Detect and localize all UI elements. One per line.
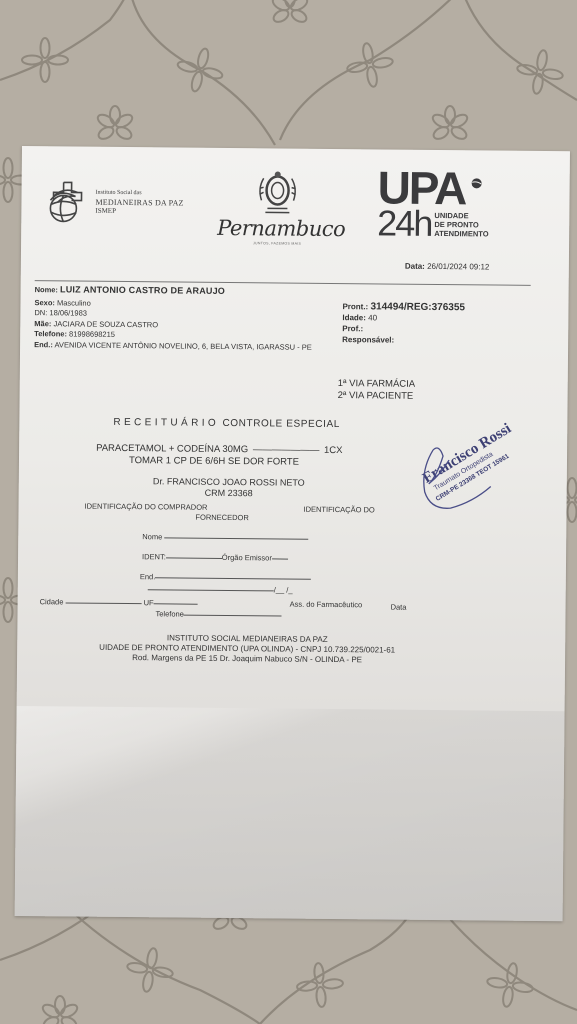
pharmacist-label: Ass. do Farmacêutico (290, 600, 363, 610)
ismep-subtitle: Instituto Social das (96, 188, 184, 198)
supplier-section-title: IDENTIFICAÇÃO DO (303, 505, 374, 515)
prescription-title: RECEITUÁRIO CONTROLE ESPECIAL (113, 417, 340, 430)
supplier-section-title-2: FORNECEDOR (195, 513, 248, 523)
issuer-line (272, 558, 288, 559)
buyer-name-field[interactable]: Nome (142, 532, 308, 543)
ident-label: IDENT: (142, 552, 166, 561)
patient-dob: 18/06/1983 (49, 308, 87, 317)
state-label: UF (144, 598, 154, 607)
patient-address: AVENIDA VICENTE ANTÔNIO NOVELINO, 6, BEL… (54, 340, 311, 351)
buyer-name-label: Nome (142, 532, 162, 541)
buyer-phone-line (184, 614, 282, 616)
buyer-phone-label: Telefone (155, 609, 183, 618)
upa-label-line: ATENDIMENTO (434, 229, 488, 239)
record-number: 314494/REG:376355 (370, 301, 465, 313)
mother-label: Mãe: (34, 319, 51, 328)
patient-name: LUIZ ANTONIO CASTRO DE ARAUJO (60, 284, 225, 296)
dob-label: DN: (34, 308, 47, 317)
patient-mother: JACIARA DE SOUZA CASTRO (53, 319, 158, 329)
record-info: Pront.: 314494/REG:376355 Idade: 40 Prof… (342, 301, 465, 346)
patient-info: Nome: LUIZ ANTONIO CASTRO DE ARAUJO Sexo… (34, 284, 312, 353)
prescription-paper: Instituto Social das MEDIANEIRAS DA PAZ … (15, 146, 570, 921)
brazil-flag-icon (464, 174, 490, 192)
record-label: Pront.: (342, 302, 368, 311)
buyer-address-field[interactable]: End. (140, 572, 312, 583)
ident-line (166, 557, 222, 559)
copy-designations: 1ª VIA FARMÁCIA 2ª VIA PACIENTE (338, 378, 416, 403)
buyer-section-title: IDENTIFICAÇÃO DO COMPRADOR (85, 502, 208, 512)
medication-line: PARACETAMOL + CODEÍNA 30MG ——————— 1CX (96, 443, 343, 456)
dove-cross-globe-icon (45, 178, 91, 224)
date-value: 26/01/2024 09:12 (427, 262, 489, 272)
sex-label: Sexo: (34, 298, 55, 307)
city-field[interactable]: Cidade UF (40, 597, 198, 608)
title-part-2: CONTROLE ESPECIAL (222, 418, 340, 430)
doctor-stamp-signature-icon: Francisco Rossi Traumato Ortopedista CRM… (402, 420, 523, 521)
doctor-info: Dr. FRANCISCO JOAO ROSSI NETO CRM 23368 (119, 476, 339, 500)
ismep-abbreviation: ISMEP (95, 206, 183, 216)
medication-quantity: 1CX (324, 445, 343, 456)
date-label: Data: (405, 262, 425, 271)
name-label: Nome: (35, 285, 58, 294)
buyer-address-line (155, 577, 311, 579)
medication-name: PARACETAMOL + CODEÍNA 30MG (96, 443, 248, 455)
phone-label: Telefone: (34, 329, 67, 338)
buyer-phone-field[interactable]: Telefone (155, 609, 281, 619)
state-coat-of-arms-icon (253, 170, 301, 216)
pernambuco-wordmark: Pernambuco (217, 216, 337, 241)
guardian-label: Responsável: (342, 335, 394, 344)
city-label: Cidade (40, 597, 64, 606)
buyer-name-line (164, 537, 308, 539)
pharmacist-signature-line (148, 589, 274, 591)
address-label: End.: (34, 340, 53, 349)
buyer-address-label: End. (140, 572, 156, 581)
pernambuco-slogan: JUNTOS, FAZEMOS MAIS (217, 241, 337, 246)
signature-date-label: Data (391, 603, 407, 612)
ismep-name: MEDIANEIRAS DA PAZ (95, 197, 183, 207)
patient-copy: 2ª VIA PACIENTE (338, 390, 416, 403)
patient-age: 40 (368, 313, 377, 322)
issue-date: Data: 26/01/2024 09:12 (405, 262, 490, 272)
patient-sex: Masculino (57, 298, 91, 307)
doctor-crm: CRM 23368 (119, 487, 339, 500)
age-label: Idade: (342, 313, 366, 322)
profession-label: Prof.: (342, 324, 363, 333)
pharmacist-signature-field[interactable]: /__ /_ (148, 584, 293, 594)
upa-hours: 24h (377, 208, 431, 239)
ismep-logo: Instituto Social das MEDIANEIRAS DA PAZ … (45, 178, 184, 225)
state-line (154, 603, 198, 604)
pharmacy-copy: 1ª VIA FARMÁCIA (338, 378, 416, 391)
patient-phone: 81998698215 (69, 329, 115, 338)
issuer-label: Órgão Emissor (222, 553, 272, 562)
city-line (65, 602, 141, 604)
pernambuco-logo: Pernambuco JUNTOS, FAZEMOS MAIS (217, 170, 338, 246)
upa-24h-logo: UPA 24h UNIDADE DE PRONTO ATENDIMENTO (377, 167, 489, 239)
medication-instructions: TOMAR 1 CP DE 6/6H SE DOR FORTE (129, 455, 299, 468)
title-part-1: RECEITUÁRIO (113, 417, 219, 429)
medication-dash: ——————— (253, 444, 320, 456)
date-slashes: /__ /_ (274, 585, 293, 594)
buyer-ident-field[interactable]: IDENT:Órgão Emissor (142, 552, 288, 562)
institution-footer: INSTITUTO SOCIAL MEDIANEIRAS DA PAZ UIDA… (57, 632, 437, 666)
